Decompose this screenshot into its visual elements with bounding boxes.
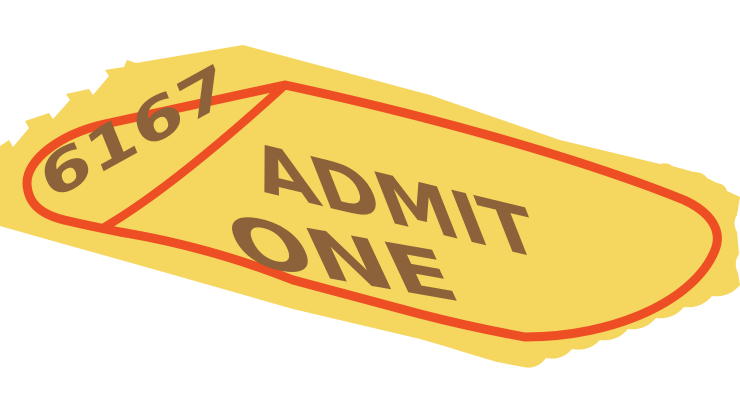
admit-one-ticket-illustration: 6167 ADMIT ONE [0, 0, 740, 416]
canvas: 6167 ADMIT ONE [0, 0, 740, 416]
